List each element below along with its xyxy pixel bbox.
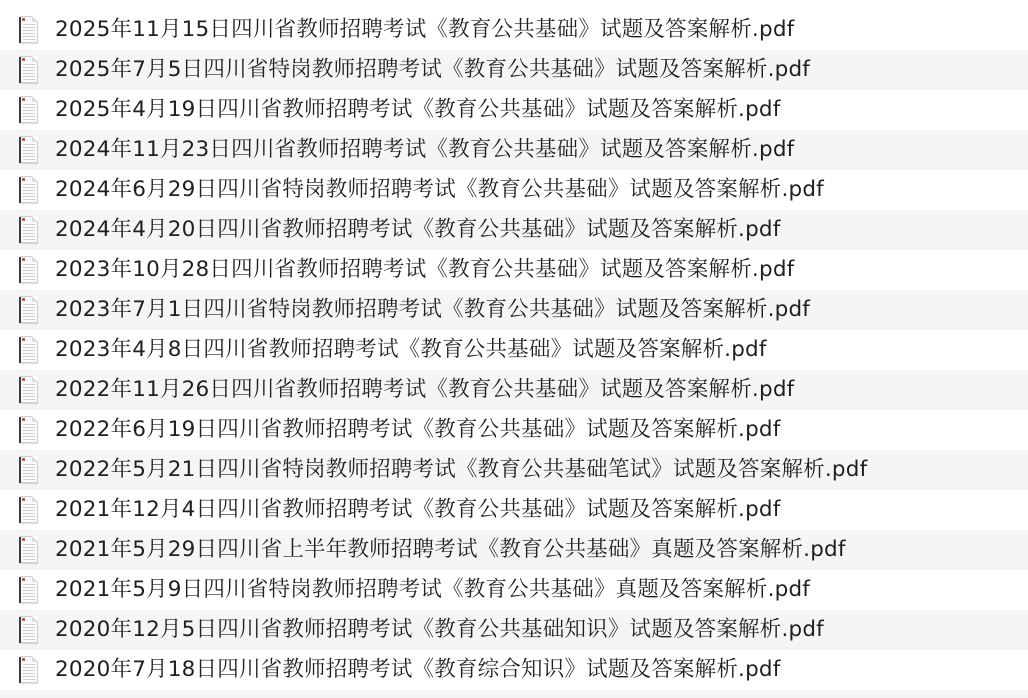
file-name: 2021年12月4日四川省教师招聘考试《教育公共基础》试题及答案解析.pdf [55, 490, 781, 530]
pdf-file-icon [17, 656, 39, 684]
pdf-file-icon [17, 496, 39, 524]
file-name: 2024年6月29日四川省特岗教师招聘考试《教育公共基础》试题及答案解析.pdf [55, 170, 824, 210]
file-row[interactable]: 2022年5月21日四川省特岗教师招聘考试《教育公共基础笔试》试题及答案解析.p… [0, 450, 1028, 490]
pdf-file-icon [17, 16, 39, 44]
file-list: 2025年11月15日四川省教师招聘考试《教育公共基础》试题及答案解析.pdf … [0, 10, 1028, 690]
pdf-file-icon [17, 136, 39, 164]
file-row[interactable]: 2025年4月19日四川省教师招聘考试《教育公共基础》试题及答案解析.pdf [0, 90, 1028, 130]
file-name: 2023年10月28日四川省教师招聘考试《教育公共基础》试题及答案解析.pdf [55, 250, 794, 290]
file-row[interactable]: 2024年11月23日四川省教师招聘考试《教育公共基础》试题及答案解析.pdf [0, 130, 1028, 170]
file-name: 2022年11月26日四川省教师招聘考试《教育公共基础》试题及答案解析.pdf [55, 370, 794, 410]
file-name: 2024年4月20日四川省教师招聘考试《教育公共基础》试题及答案解析.pdf [55, 210, 781, 250]
pdf-file-icon [17, 576, 39, 604]
pdf-file-icon [17, 256, 39, 284]
file-row[interactable]: 2021年12月4日四川省教师招聘考试《教育公共基础》试题及答案解析.pdf [0, 490, 1028, 530]
pdf-file-icon [17, 56, 39, 84]
pdf-file-icon [17, 416, 39, 444]
file-name: 2023年7月1日四川省特岗教师招聘考试《教育公共基础》试题及答案解析.pdf [55, 290, 810, 330]
file-row[interactable]: 2022年11月26日四川省教师招聘考试《教育公共基础》试题及答案解析.pdf [0, 370, 1028, 410]
file-row[interactable]: 2023年4月8日四川省教师招聘考试《教育公共基础》试题及答案解析.pdf [0, 330, 1028, 370]
pdf-file-icon [17, 216, 39, 244]
file-name: 2021年5月9日四川省特岗教师招聘考试《教育公共基础》真题及答案解析.pdf [55, 570, 810, 610]
file-row[interactable]: 2025年7月5日四川省特岗教师招聘考试《教育公共基础》试题及答案解析.pdf [0, 50, 1028, 90]
pdf-file-icon [17, 176, 39, 204]
file-row[interactable]: 2020年7月18日四川省教师招聘考试《教育综合知识》试题及答案解析.pdf [0, 650, 1028, 690]
file-name: 2021年5月29日四川省上半年教师招聘考试《教育公共基础》真题及答案解析.pd… [55, 530, 846, 570]
file-row[interactable]: 2023年7月1日四川省特岗教师招聘考试《教育公共基础》试题及答案解析.pdf [0, 290, 1028, 330]
pdf-file-icon [17, 96, 39, 124]
file-name: 2025年7月5日四川省特岗教师招聘考试《教育公共基础》试题及答案解析.pdf [55, 50, 810, 90]
file-name: 2022年5月21日四川省特岗教师招聘考试《教育公共基础笔试》试题及答案解析.p… [55, 450, 867, 490]
empty-row-stripe [0, 690, 1028, 698]
file-row[interactable]: 2021年5月29日四川省上半年教师招聘考试《教育公共基础》真题及答案解析.pd… [0, 530, 1028, 570]
file-row[interactable]: 2022年6月19日四川省教师招聘考试《教育公共基础》试题及答案解析.pdf [0, 410, 1028, 450]
file-name: 2023年4月8日四川省教师招聘考试《教育公共基础》试题及答案解析.pdf [55, 330, 767, 370]
pdf-file-icon [17, 376, 39, 404]
pdf-file-icon [17, 536, 39, 564]
file-name: 2025年11月15日四川省教师招聘考试《教育公共基础》试题及答案解析.pdf [55, 10, 794, 50]
file-row[interactable]: 2025年11月15日四川省教师招聘考试《教育公共基础》试题及答案解析.pdf [0, 10, 1028, 50]
pdf-file-icon [17, 456, 39, 484]
pdf-file-icon [17, 616, 39, 644]
pdf-file-icon [17, 296, 39, 324]
file-row[interactable]: 2024年6月29日四川省特岗教师招聘考试《教育公共基础》试题及答案解析.pdf [0, 170, 1028, 210]
file-row[interactable]: 2024年4月20日四川省教师招聘考试《教育公共基础》试题及答案解析.pdf [0, 210, 1028, 250]
file-row[interactable]: 2023年10月28日四川省教师招聘考试《教育公共基础》试题及答案解析.pdf [0, 250, 1028, 290]
file-row[interactable]: 2021年5月9日四川省特岗教师招聘考试《教育公共基础》真题及答案解析.pdf [0, 570, 1028, 610]
file-name: 2020年7月18日四川省教师招聘考试《教育综合知识》试题及答案解析.pdf [55, 650, 781, 690]
file-name: 2022年6月19日四川省教师招聘考试《教育公共基础》试题及答案解析.pdf [55, 410, 781, 450]
file-name: 2025年4月19日四川省教师招聘考试《教育公共基础》试题及答案解析.pdf [55, 90, 781, 130]
pdf-file-icon [17, 336, 39, 364]
file-row[interactable]: 2020年12月5日四川省教师招聘考试《教育公共基础知识》试题及答案解析.pdf [0, 610, 1028, 650]
file-name: 2020年12月5日四川省教师招聘考试《教育公共基础知识》试题及答案解析.pdf [55, 610, 824, 650]
file-name: 2024年11月23日四川省教师招聘考试《教育公共基础》试题及答案解析.pdf [55, 130, 794, 170]
